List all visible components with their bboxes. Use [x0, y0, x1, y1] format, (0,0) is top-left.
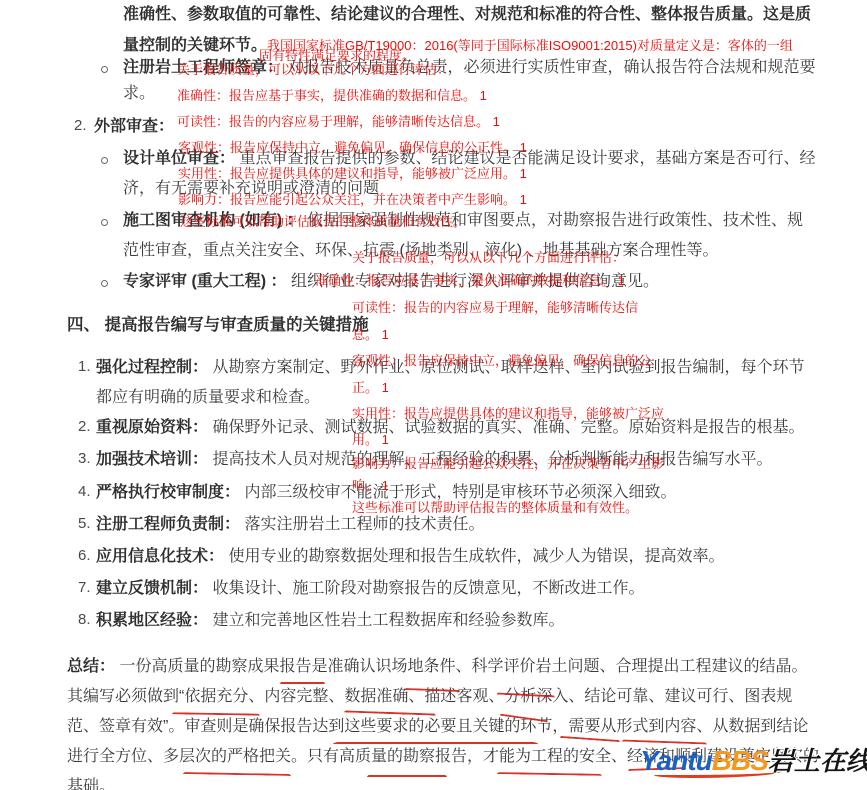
annotation-objectivity-2: 客观性：报告应保持中立，避免偏见，确保信息的公 [352, 353, 651, 369]
red-underline-stroke [333, 737, 538, 744]
document-text: 外部审查： [94, 118, 174, 135]
annotation-accuracy-2: 准确性：报告应基于事实，提供准确的数据和信息。 1 [315, 273, 625, 289]
document-text: 专家评审 (重大工程) ： [123, 273, 291, 290]
document-text: 加强技术培训： [96, 451, 212, 468]
document-text: 准确性、参数取值的可靠性、结论建议的合理性、对规范和标准的符合性、整体报告质量。… [123, 6, 811, 23]
annotation-text: 息。 1 [352, 327, 389, 342]
red-underline-stroke [367, 770, 447, 777]
red-underline-stroke [280, 677, 325, 684]
watermark-cn-text: 岩土在线 [768, 746, 867, 776]
item-feedback: 建立反馈机制： 收集设计、施工阶段对勘察报告的反馈意见，不断改进工作。 [96, 579, 644, 599]
para-summary-1: 总结： 一份高质量的勘察成果报告是准确认识场地条件、科学评价岩土问题、合理提出工… [67, 657, 807, 677]
list-number-marker: 3. [78, 450, 91, 467]
red-underline-stroke [497, 767, 602, 776]
watermark-yantu-text: Yantu [640, 745, 712, 776]
para-summary-5: 基础。 [67, 777, 115, 790]
annotation-practicality-1: 实用性：报告应提供具体的建议和指导，能够被广泛应用。 1 [178, 166, 527, 182]
document-text: 建立反馈机制： [96, 580, 212, 597]
annotation-text: 正。 1 [352, 380, 389, 395]
item-process-control-wrap: 都应有明确的质量要求和检查。 [96, 388, 320, 408]
annotation-intro-1: 关于报告质量，可以从以下几个方面进行评估： [177, 62, 450, 78]
item-external-review: 外部审查： [94, 117, 174, 137]
annotation-text: 响。 1 [352, 478, 389, 493]
annotation-practicality-2-wrap: 用。 1 [352, 432, 389, 448]
heading-section-4: 四、 提高报告编写与审查质量的关键措施 [67, 315, 369, 336]
item-information-tech: 应用信息化技术： 使用专业的勘察数据处理和报告生成软件，减少人为错误，提高效率。 [96, 547, 724, 567]
list-number-marker: 8. [78, 611, 91, 628]
annotation-text: 固有特性满足要求的程度。 [259, 48, 415, 63]
annotation-text: 影响力：报告应能引起公众关注，并在决策者中产生影 [352, 456, 664, 471]
annotation-influence-2: 影响力：报告应能引起公众关注，并在决策者中产生影 [352, 456, 664, 472]
document-text: 范、签章有效”。审查则是确保报告达到这些要求的必要且关键的环节，需要从形式到内容… [67, 718, 808, 735]
document-text: 应用信息化技术： [96, 548, 228, 565]
annotation-text: 影响力：报告应能引起公众关注，并在决策者中产生影响。 1 [178, 192, 527, 207]
annotation-text: 这些标准可以帮助评估报告的整体质量和有效性。 [180, 214, 466, 229]
document-text: 重视原始资料： [96, 419, 212, 436]
annotation-text: 可读性：报告的内容应易于理解，能够清晰传达信息。 1 [177, 114, 500, 129]
document-text: 四、 提高报告编写与审查质量的关键措施 [67, 316, 369, 334]
document-text: 强化过程控制： [96, 359, 212, 376]
yantubbs-watermark: YantuBBS岩土在线 [640, 741, 867, 778]
document-text: 注册工程师负责制： [96, 516, 244, 533]
bullet-circle-marker [101, 157, 108, 164]
annotation-text: 可读性：报告的内容应易于理解，能够清晰传达信 [352, 300, 638, 315]
watermark-bbs-text: BBS [712, 745, 768, 776]
annotation-influence-2-wrap: 响。 1 [352, 478, 389, 494]
annotation-readability-2-wrap: 息。 1 [352, 327, 389, 343]
annotation-practicality-2: 实用性：报告应提供具体的建议和指导，能够被广泛应 [352, 406, 664, 422]
red-underline-stroke [172, 707, 260, 716]
annotation-text: 准确性：报告应基于事实，提供准确的数据和信息。 1 [315, 273, 625, 288]
annotation-text: 关于报告质量，可以从以下几个方面进行评估： [352, 250, 625, 265]
document-text: 内部三级校审不能流于形式，特别是审核环节必须深入细致。 [244, 484, 676, 501]
annotation-text: 客观性：报告应保持中立，避免偏见，确保信息的公正性。 1 [178, 140, 527, 155]
annotation-standards-help-2: 这些标准可以帮助评估报告的整体质量和有效性。 [352, 500, 638, 516]
document-text: 量控制的关键环节。 [123, 37, 267, 54]
bullet-registered-engineer-wrap: 求。 [123, 84, 155, 104]
list-number-marker: 4. [78, 483, 91, 500]
document-text: 落实注册岩土工程师的技术责任。 [244, 516, 484, 533]
para-summary-3: 范、签章有效”。审查则是确保报告达到这些要求的必要且关键的环节，需要从形式到内容… [67, 717, 808, 737]
annotation-intro-2: 关于报告质量，可以从以下几个方面进行评估： [352, 250, 625, 266]
list-number-marker: 2. [74, 117, 87, 134]
item-engineer-responsibility: 注册工程师负责制： 落实注册岩土工程师的技术责任。 [96, 515, 484, 535]
annotation-text: 用。 1 [352, 432, 389, 447]
bullet-circle-marker [101, 219, 108, 226]
list-number-marker: 1. [78, 358, 91, 375]
document-text: 积累地区经验： [96, 612, 212, 629]
document-text: 基础。 [67, 778, 115, 790]
list-number-marker: 6. [78, 547, 91, 564]
bullet-circle-marker [101, 280, 108, 287]
document-text: 建立和完善地区性岩土工程数据库和经验参数库。 [212, 612, 564, 629]
annotation-text: 关于报告质量，可以从以下几个方面进行评估： [177, 62, 450, 77]
annotation-text: 这些标准可以帮助评估报告的整体质量和有效性。 [352, 500, 638, 515]
para-quality-cont-1: 准确性、参数取值的可靠性、结论建议的合理性、对规范和标准的符合性、整体报告质量。… [123, 5, 811, 25]
document-text: 一份高质量的勘察成果报告是准确认识场地条件、科学评价岩土问题、合理提出工程建议的… [119, 658, 807, 675]
document-text: 严格执行校审制度： [96, 484, 244, 501]
list-number-marker: 5. [78, 515, 91, 532]
annotation-readability-1: 可读性：报告的内容应易于理解，能够清晰传达信息。 1 [177, 114, 500, 130]
document-text: 求。 [123, 85, 155, 102]
annotation-text: 准确性：报告应基于事实，提供准确的数据和信息。 1 [177, 88, 487, 103]
annotation-objectivity-2-wrap: 正。 1 [352, 380, 389, 396]
red-underline-stroke [183, 767, 291, 776]
document-text: 都应有明确的质量要求和检查。 [96, 389, 320, 406]
annotation-text: 客观性：报告应保持中立，避免偏见，确保信息的公 [352, 353, 651, 368]
annotation-text: 实用性：报告应提供具体的建议和指导，能够被广泛应用。 1 [178, 166, 527, 181]
annotation-influence-1: 影响力：报告应能引起公众关注，并在决策者中产生影响。 1 [178, 192, 527, 208]
annotation-accuracy-1: 准确性：报告应基于事实，提供准确的数据和信息。 1 [177, 88, 487, 104]
annotation-standards-help-1: 这些标准可以帮助评估报告的整体质量和有效性。 [180, 214, 466, 230]
bullet-circle-marker [101, 66, 108, 73]
annotation-readability-2: 可读性：报告的内容应易于理解，能够清晰传达信 [352, 300, 638, 316]
list-number-marker: 2. [78, 418, 91, 435]
document-page: YantuBBS岩土在线 准确性、参数取值的可靠性、结论建议的合理性、对规范和标… [0, 0, 867, 790]
annotation-objectivity-1: 客观性：报告应保持中立，避免偏见，确保信息的公正性。 1 [178, 140, 527, 156]
item-regional-experience: 积累地区经验： 建立和完善地区性岩土工程数据库和经验参数库。 [96, 611, 564, 631]
document-text: 使用专业的勘察数据处理和报告生成软件，减少人为错误，提高效率。 [228, 548, 724, 565]
list-number-marker: 7. [78, 579, 91, 596]
document-text: 收集设计、施工阶段对勘察报告的反馈意见，不断改进工作。 [212, 580, 644, 597]
annotation-text: 实用性：报告应提供具体的建议和指导，能够被广泛应 [352, 406, 664, 421]
para-quality-cont-2: 量控制的关键环节。我国国家标准GB/T19000：2016(等同于国际标准ISO… [123, 36, 793, 56]
document-text: 总结： [67, 658, 119, 675]
